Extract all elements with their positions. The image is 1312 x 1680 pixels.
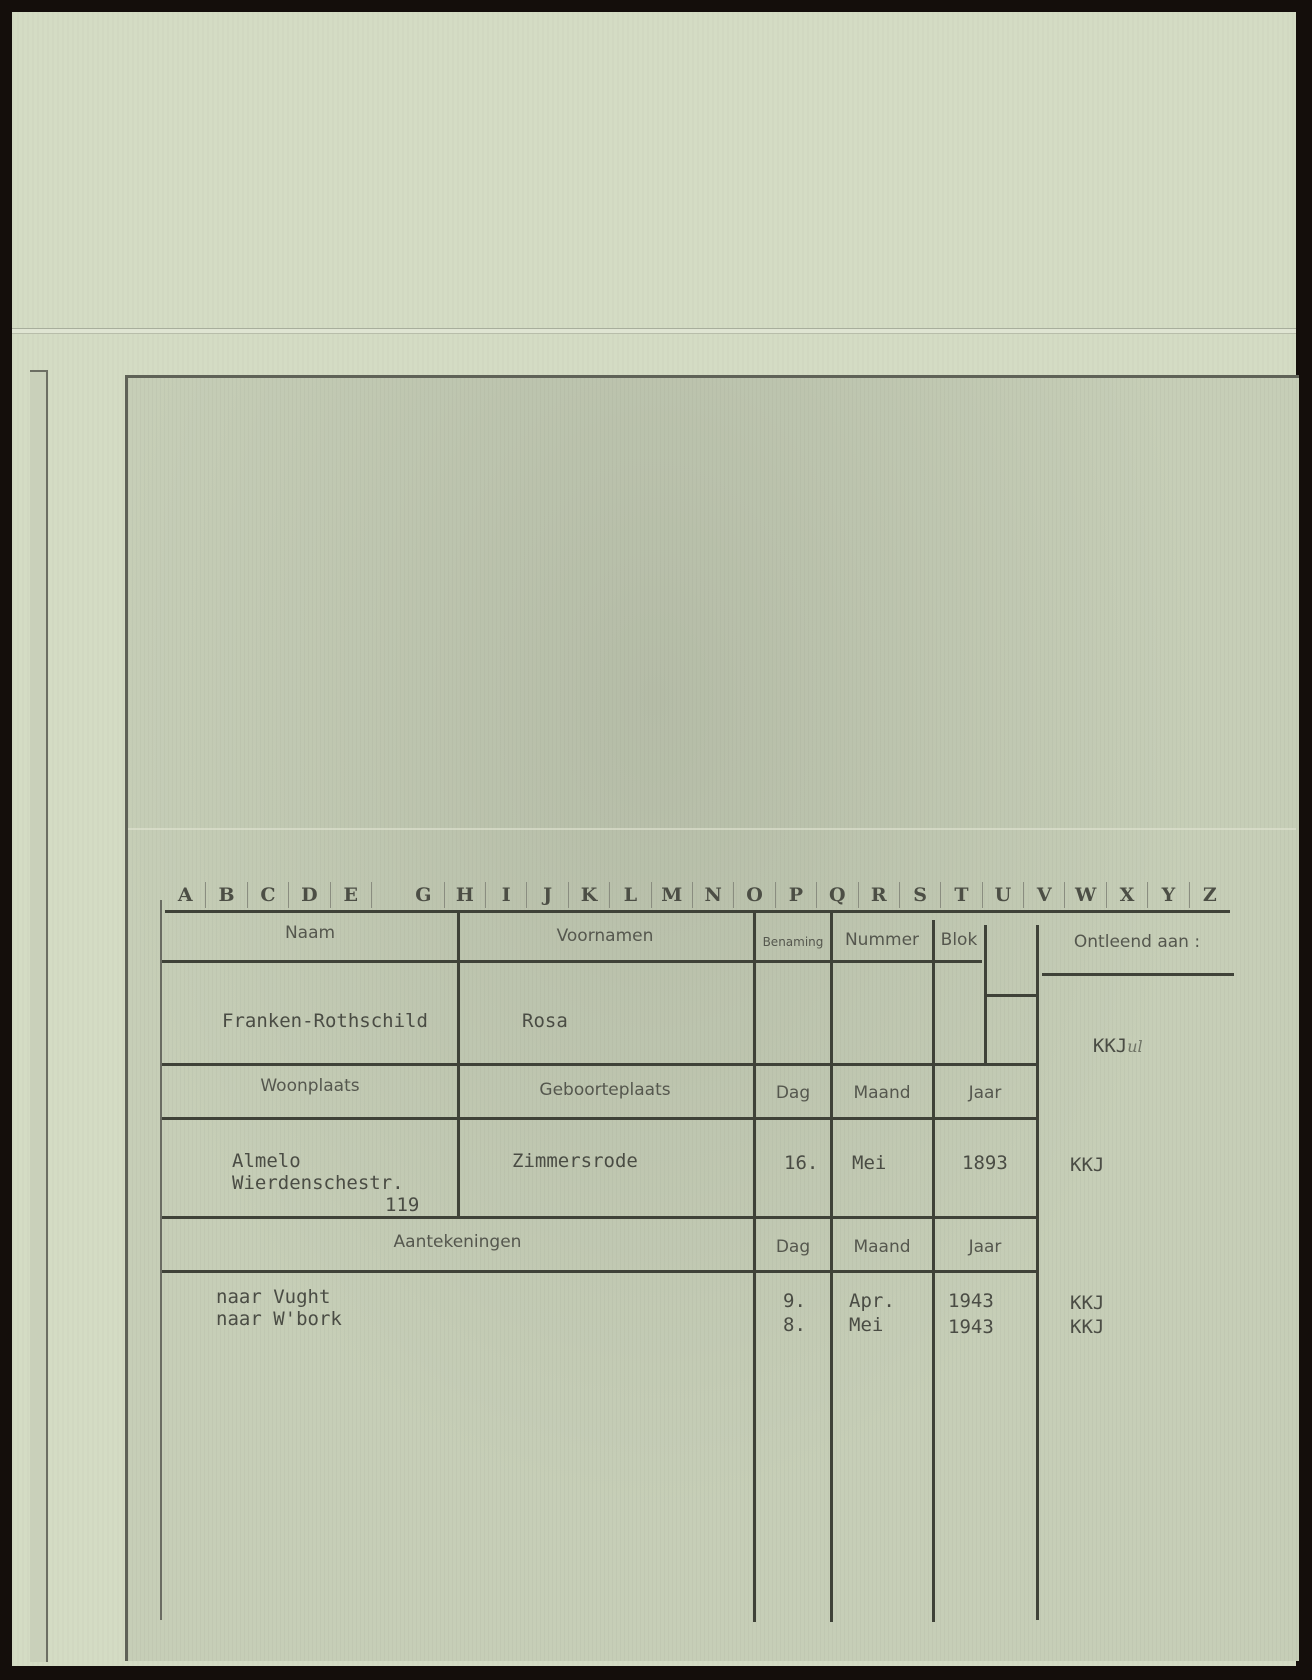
value-voornamen: Rosa [522, 1010, 568, 1032]
alpha-tab: E [331, 882, 372, 908]
note-jaar: 1943 [948, 1316, 994, 1338]
note-text: naar W'bork [216, 1308, 342, 1330]
alpha-tab: C [248, 882, 289, 908]
alpha-tab: Z [1190, 882, 1230, 908]
alpha-tab: O [734, 882, 775, 908]
ontleend-handwritten: ul [1127, 1037, 1142, 1056]
table-border-left [160, 900, 162, 1620]
label-naam: Naam [165, 923, 455, 943]
note-jaar: 1943 [948, 1290, 994, 1312]
row-divider [162, 1063, 1037, 1066]
col-divider [753, 912, 756, 1622]
alpha-tab: A [165, 882, 206, 908]
label-woonplaats: Woonplaats [165, 1076, 455, 1096]
note-maand: Mei [849, 1314, 883, 1336]
alpha-tab: H [445, 882, 486, 908]
alpha-tab: Q [817, 882, 858, 908]
note-bron: KKJ [1070, 1292, 1104, 1314]
alpha-tab: J [527, 882, 568, 908]
alpha-tab: Y [1148, 882, 1189, 908]
alpha-tab: K [569, 882, 610, 908]
row-divider [162, 1117, 1037, 1120]
alpha-tab: R [859, 882, 900, 908]
label-benaming: Benaming [755, 935, 831, 949]
alpha-tab: B [206, 882, 247, 908]
label-aantekeningen: Aantekeningen [165, 1232, 750, 1252]
col-divider [932, 920, 935, 1622]
label-jaar-2: Jaar [935, 1237, 1035, 1257]
note-text: naar Vught [216, 1286, 330, 1308]
alpha-tab: I [486, 882, 527, 908]
value-geboorte-dag: 16. [784, 1152, 818, 1174]
label-geboorteplaats: Geboorteplaats [460, 1080, 750, 1100]
alpha-tab: S [900, 882, 941, 908]
col-divider [830, 912, 833, 1622]
alphabet-index-row: A B C D E G H I J K L M N O P Q R S T U … [165, 880, 1230, 913]
label-voornamen: Voornamen [460, 926, 750, 946]
col-divider [457, 910, 460, 1216]
label-maand-2: Maand [833, 1237, 931, 1257]
value-naam: Franken-Rothschild [222, 1010, 428, 1032]
label-blok: Blok [935, 930, 983, 950]
note-maand: Apr. [849, 1290, 895, 1312]
alpha-tab: M [652, 882, 693, 908]
row-divider [1042, 973, 1234, 976]
value-ontleend-1: KKJul [1070, 1013, 1143, 1058]
label-dag: Dag [755, 1083, 831, 1103]
label-jaar: Jaar [935, 1083, 1035, 1103]
label-dag-2: Dag [755, 1237, 831, 1257]
col-divider [984, 925, 987, 1065]
value-ontleend-2: KKJ [1070, 1154, 1104, 1176]
value-woonplaats-number: 119 [385, 1194, 419, 1216]
note-bron: KKJ [1070, 1316, 1104, 1338]
value-geboorteplaats: Zimmersrode [512, 1150, 638, 1172]
ontleend-typed: KKJ [1093, 1035, 1127, 1057]
alpha-tab: V [1024, 882, 1065, 908]
value-woonplaats-street: Wierdenschestr. [232, 1172, 404, 1194]
row-divider [987, 994, 1037, 997]
label-maand: Maand [833, 1083, 931, 1103]
alpha-tab: N [693, 882, 734, 908]
note-dag: 8. [783, 1314, 806, 1336]
alpha-tab: X [1107, 882, 1148, 908]
alpha-tab: P [776, 882, 817, 908]
alpha-tab: W [1065, 882, 1106, 908]
paper-fold-line [12, 328, 1296, 334]
card-fold-line [128, 828, 1296, 830]
value-geboorte-jaar: 1893 [962, 1152, 1008, 1174]
adjacent-card-edge [30, 370, 48, 1662]
alpha-tab: L [610, 882, 651, 908]
row-divider [162, 1270, 1037, 1273]
label-nummer: Nummer [833, 930, 931, 950]
row-divider [162, 960, 982, 963]
alpha-tab: G [403, 882, 444, 908]
value-geboorte-maand: Mei [852, 1152, 886, 1174]
alpha-tab: U [983, 882, 1024, 908]
note-dag: 9. [783, 1290, 806, 1312]
col-divider [1036, 925, 1039, 1620]
value-woonplaats-city: Almelo [232, 1150, 301, 1172]
alpha-tab: T [941, 882, 982, 908]
row-divider [162, 1216, 1037, 1219]
label-ontleend-aan: Ontleend aan : [1042, 932, 1232, 952]
alpha-tab: D [289, 882, 330, 908]
